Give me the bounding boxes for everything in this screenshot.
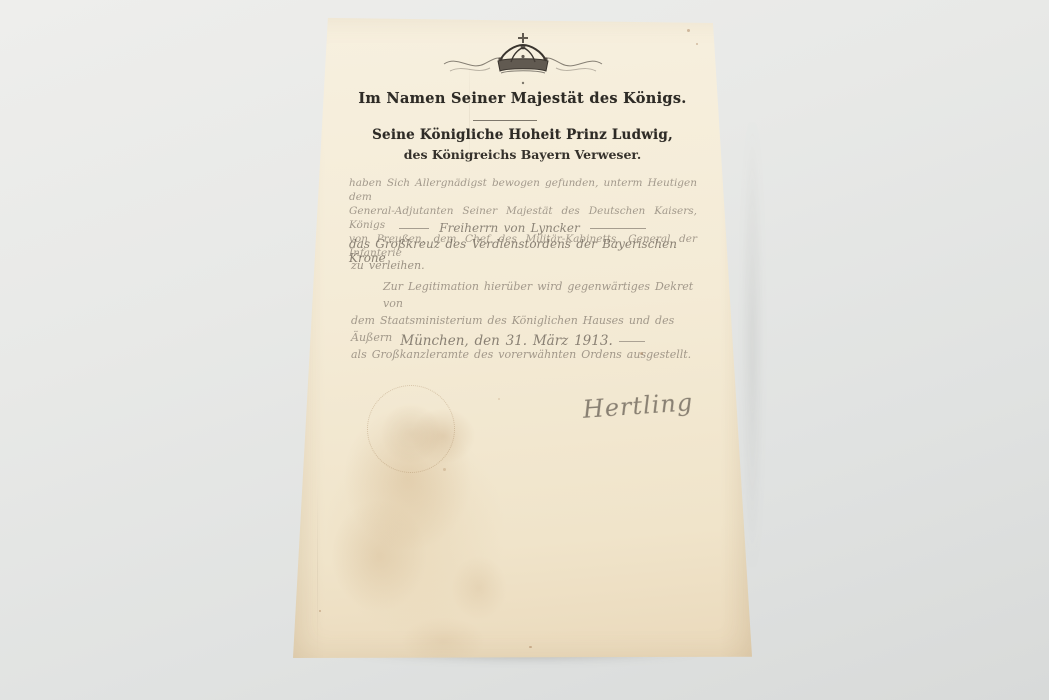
heading-regent-title: des Königreichs Bayern Verweser. [293,147,752,162]
foxing-spot [498,398,500,400]
signature-hertling: Hertling [542,385,733,426]
handwritten-line: Zur Legitimation hierüber wird gegenwärt… [351,278,697,312]
heading-invocation: Im Namen Seiner Majestät des Königs. [293,90,752,107]
dateline: München, den 31. März 1913. [293,333,752,349]
foxing-spot [319,610,321,612]
handwritten-line: haben Sich Allergnädigst bewogen gefunde… [349,176,697,204]
foxing-spot [696,43,698,45]
foxing-spot [529,646,532,648]
embossed-seal [367,385,455,473]
handwritten-paragraph-2: Zur Legitimation hierüber wird gegenwärt… [351,278,697,363]
paper-crease [469,56,470,176]
foxing-spot [443,468,446,471]
foxing-spot [640,352,643,355]
royal-crown-icon [293,30,752,96]
photo-backdrop: Im Namen Seiner Majestät des Königs. Sei… [0,0,1049,700]
dash-rule [619,341,645,342]
royal-crown-icon [438,30,608,92]
dateline-text: München, den 31. März 1913. [400,333,613,349]
document-paper: Im Namen Seiner Majestät des Königs. Sei… [293,16,752,658]
foxing-spot [687,29,690,32]
dash-rule [399,228,429,229]
dash-rule [590,228,646,229]
heading-divider [473,120,537,121]
recipient-name: Freiherrn von Lyncker [439,221,580,235]
closing-line: zu verleihen. [351,259,425,272]
recipient-name-line: Freiherrn von Lyncker [293,221,752,235]
heading-regent-name: Seine Königliche Hoheit Prinz Ludwig, [293,127,752,143]
paper-crease [317,486,318,656]
